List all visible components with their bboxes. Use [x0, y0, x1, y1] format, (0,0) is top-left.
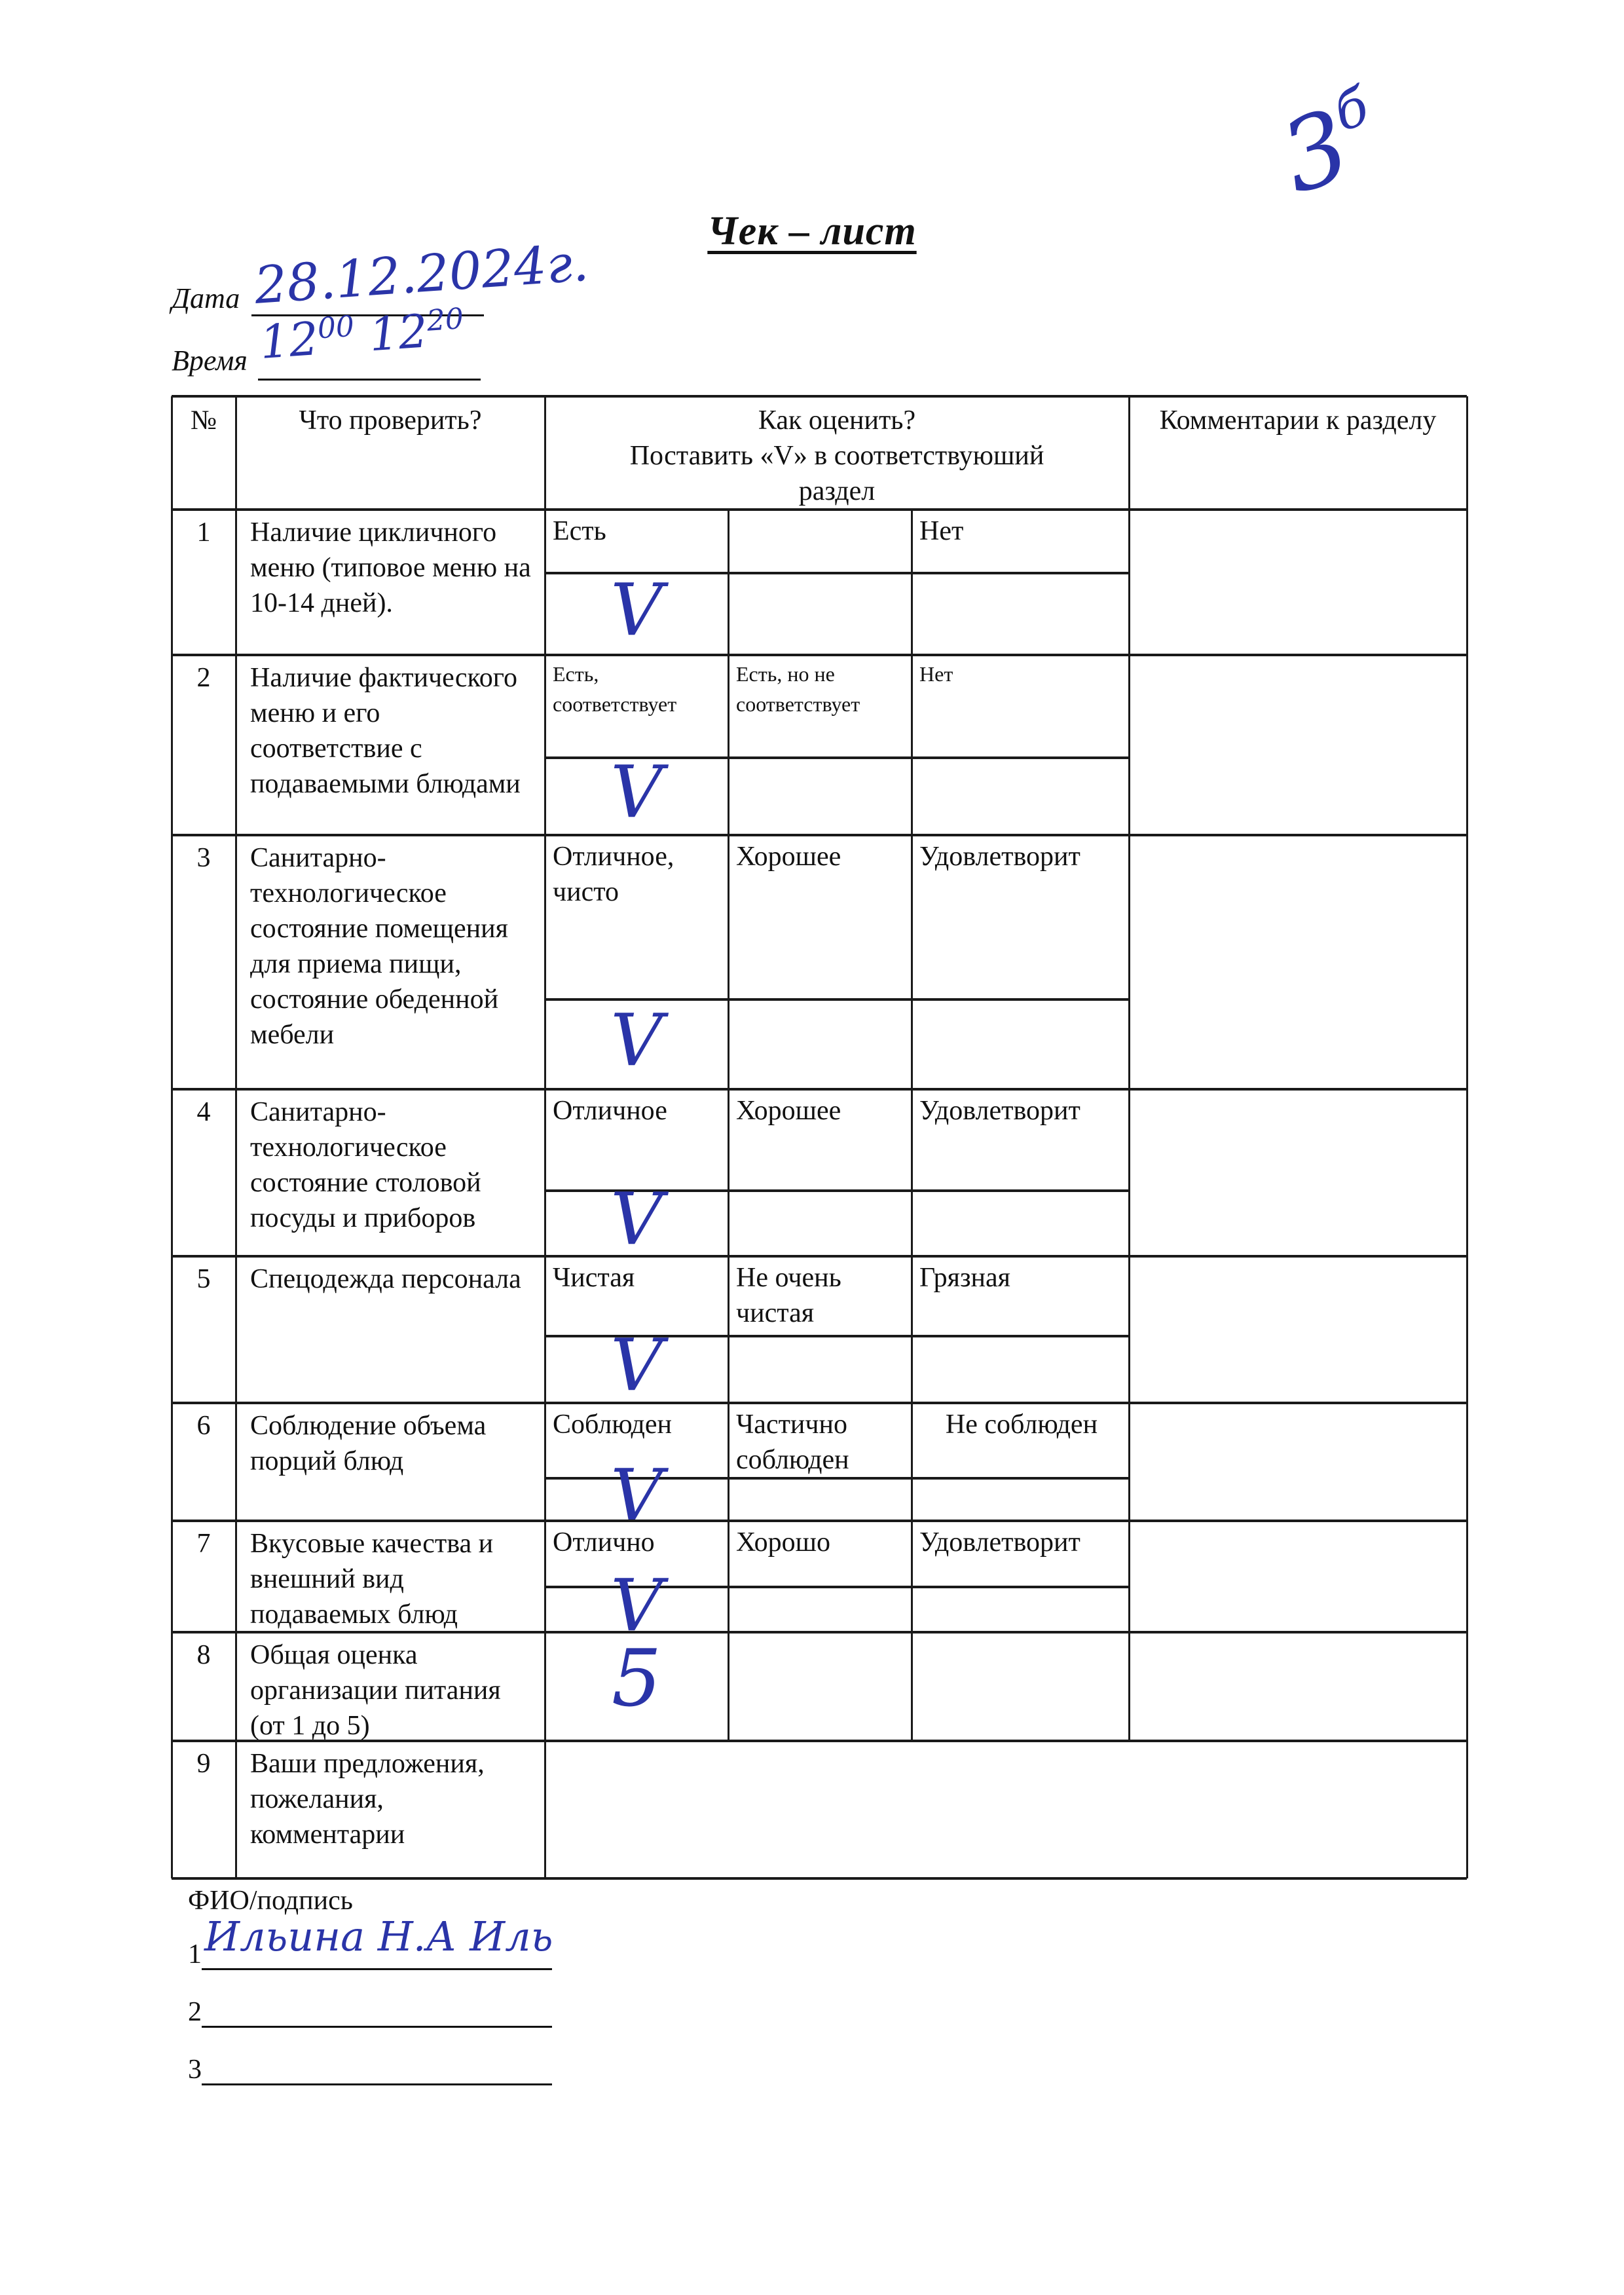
- signature-label: ФИО/подпись: [188, 1885, 353, 1916]
- option-label: Есть, но не соответствует: [736, 659, 906, 719]
- option-label: Не соблюден: [919, 1407, 1124, 1442]
- row-comment-field[interactable]: [1129, 510, 1467, 655]
- time-start-min: 00: [316, 310, 355, 346]
- option-checkbox[interactable]: [912, 1478, 1129, 1521]
- option-checkbox[interactable]: [728, 1191, 912, 1256]
- check-mark-icon: V: [545, 1183, 728, 1255]
- row-comment-field[interactable]: [1129, 835, 1467, 1089]
- option-checkbox[interactable]: [728, 758, 912, 835]
- header-comments: Комментарии к разделу: [1129, 403, 1467, 438]
- header-how-to-evaluate: Как оценить?Поставить «V» в соответствую…: [545, 403, 1129, 509]
- header-num: №: [172, 403, 236, 438]
- document-title: Чек – лист: [0, 208, 1624, 255]
- row-question: Наличие фактического меню и его соответс…: [250, 660, 536, 802]
- signature-field[interactable]: [202, 2083, 552, 2085]
- time-label: Время: [172, 344, 248, 377]
- row-comment-field[interactable]: [1129, 655, 1467, 835]
- checklist-table: №Что проверить?Как оценить?Поставить «V»…: [172, 396, 1467, 1878]
- row-comment-field[interactable]: [1129, 1089, 1467, 1256]
- row-comment-field[interactable]: [1129, 1632, 1467, 1741]
- row-number: 9: [172, 1746, 236, 1782]
- row-question: Санитарно-технологическое состояние стол…: [250, 1094, 536, 1236]
- option-checkbox[interactable]: [728, 573, 912, 655]
- overall-score-field[interactable]: 5: [545, 1640, 728, 1719]
- option-label: Хорошее: [736, 1093, 906, 1129]
- option-label: Хорошо: [736, 1525, 906, 1560]
- option-checkbox[interactable]: [912, 573, 1129, 655]
- option-checkbox[interactable]: [912, 1191, 1129, 1256]
- option-checkbox[interactable]: [728, 999, 912, 1089]
- row-number: 3: [172, 840, 236, 876]
- option-label: Удовлетворит: [919, 1093, 1124, 1129]
- option-checkbox[interactable]: [912, 1587, 1129, 1632]
- row-number: 5: [172, 1261, 236, 1297]
- row-question: Вкусовые качества и внешний вид подаваем…: [250, 1526, 536, 1632]
- option-label: Отличное: [553, 1093, 723, 1129]
- signature-field[interactable]: [202, 2026, 552, 2028]
- row-question: Наличие цикличного меню (типовое меню на…: [250, 515, 536, 621]
- row-question: Ваши предложения, пожелания, комментарии: [250, 1746, 536, 1852]
- option-label: Хорошее: [736, 839, 906, 874]
- handwritten-page-mark: 3б: [1270, 86, 1391, 208]
- option-label: Удовлетворит: [919, 839, 1124, 874]
- time-end-hour: 12: [367, 304, 430, 362]
- signature-field[interactable]: [202, 1968, 552, 1970]
- check-mark-icon: V: [545, 1329, 728, 1401]
- row-question: Санитарно-технологическое состояние поме…: [250, 840, 536, 1053]
- row-comment-field[interactable]: [1129, 1521, 1467, 1632]
- option-label: Частично соблюден: [736, 1407, 906, 1478]
- table-rule: [172, 395, 1467, 398]
- row-number: 2: [172, 660, 236, 696]
- time-start-hour: 12: [258, 312, 320, 369]
- option-label: Есть: [553, 513, 723, 549]
- option-label: Отличное, чисто: [553, 839, 723, 910]
- option-label: Есть, соответствует: [553, 659, 723, 719]
- row-question: Соблюдение объема порций блюд: [250, 1408, 536, 1479]
- option-checkbox[interactable]: [728, 1336, 912, 1403]
- row-number: 4: [172, 1094, 236, 1130]
- row-question: Общая оценка организации питания (от 1 д…: [250, 1637, 536, 1744]
- option-label: Удовлетворит: [919, 1525, 1124, 1560]
- check-mark-icon: V: [545, 1569, 728, 1641]
- check-mark-icon: V: [545, 1004, 728, 1076]
- option-checkbox[interactable]: [912, 1336, 1129, 1403]
- table-rule: [172, 508, 1467, 511]
- header-how-line2: Поставить «V» в соответствуюший раздел: [550, 438, 1124, 509]
- signature-number: 2: [188, 1996, 202, 2028]
- check-mark-icon: V: [545, 574, 728, 646]
- option-checkbox[interactable]: [912, 999, 1129, 1089]
- option-checkbox[interactable]: [728, 1587, 912, 1632]
- check-mark-icon: V: [545, 756, 728, 828]
- row-number: 7: [172, 1526, 236, 1561]
- row-number: 8: [172, 1637, 236, 1673]
- time-end-min: 20: [426, 302, 464, 338]
- row-number: 6: [172, 1408, 236, 1444]
- option-checkbox[interactable]: [728, 1478, 912, 1521]
- signature-value: Ильина Н.А Иль: [204, 1912, 553, 1960]
- option-label: Отлично: [553, 1525, 723, 1560]
- header-how-line1: Как оценить?: [550, 403, 1124, 438]
- title-text: Чек – лист: [707, 209, 916, 253]
- option-label: Грязная: [919, 1260, 1124, 1296]
- row-number: 1: [172, 515, 236, 550]
- signature-number: 3: [188, 2054, 202, 2085]
- table-rule: [911, 1632, 913, 1741]
- option-label: Чистая: [553, 1260, 723, 1296]
- date-label: Дата: [172, 282, 240, 315]
- option-label: Нет: [919, 659, 1124, 689]
- option-label: Соблюден: [553, 1407, 723, 1442]
- row-question: Спецодежда персонала: [250, 1261, 536, 1297]
- option-label: Не очень чистая: [736, 1260, 906, 1331]
- row-comment-field[interactable]: [1129, 1403, 1467, 1521]
- suggestions-field[interactable]: [558, 1746, 1454, 1873]
- time-field[interactable]: [258, 379, 481, 381]
- option-checkbox[interactable]: [912, 758, 1129, 835]
- option-label: Нет: [919, 513, 1124, 549]
- signature-number: 1: [188, 1939, 202, 1970]
- row-comment-field[interactable]: [1129, 1256, 1467, 1403]
- header-what-to-check: Что проверить?: [236, 403, 545, 438]
